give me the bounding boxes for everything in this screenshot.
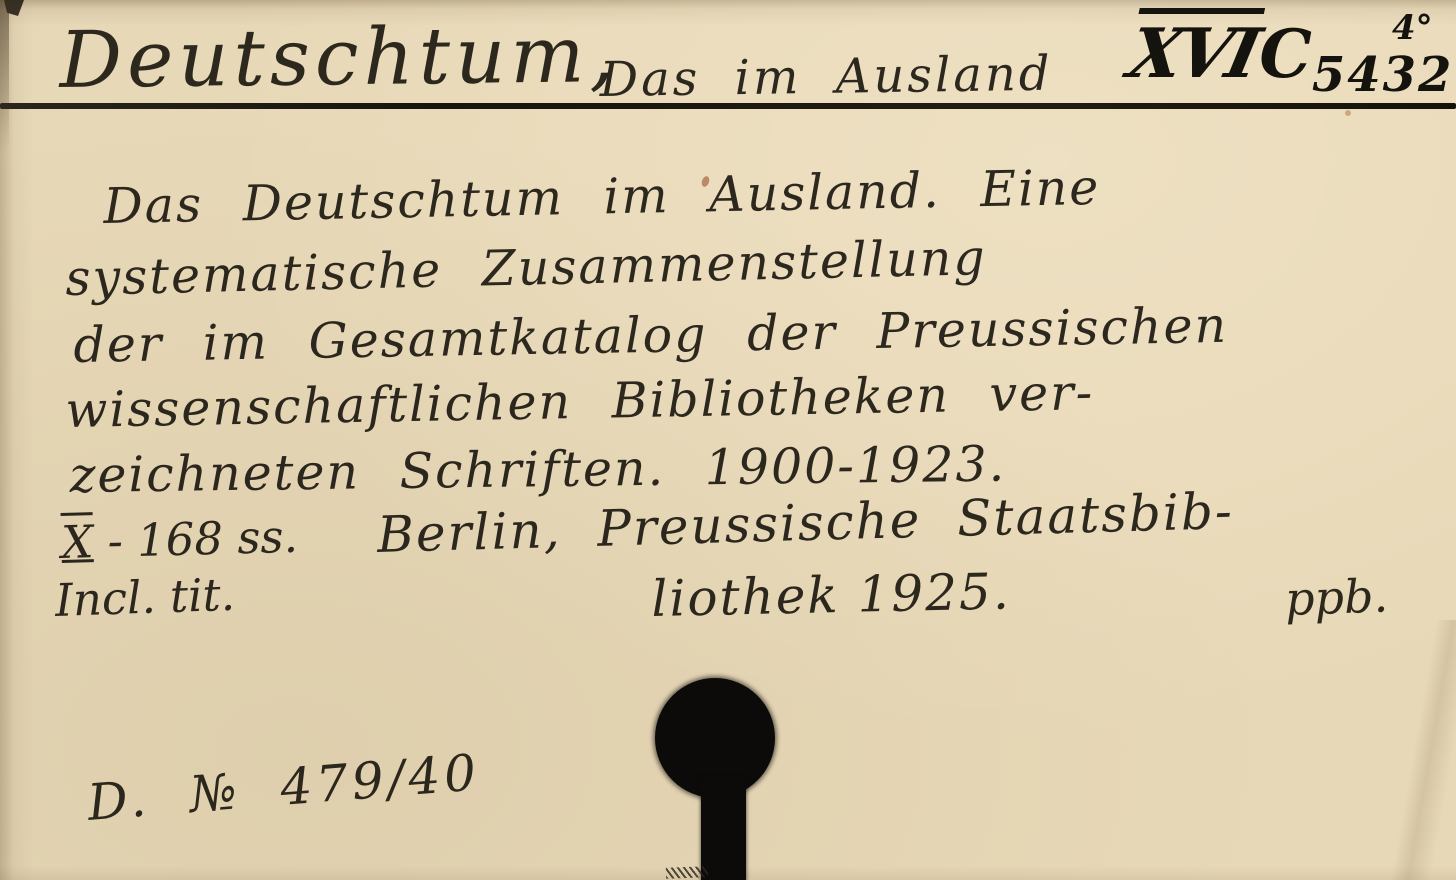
title-line-1: Das Deutschtum im Ausland. Eine xyxy=(103,159,1101,235)
imprint-line-2: liothek 1925. xyxy=(651,562,1011,628)
title-line-3: der im Gesamtkatalog der Preussischen xyxy=(73,297,1228,374)
pagination: X - 168 ss. xyxy=(61,510,299,569)
paper-fleck-small xyxy=(1345,110,1351,116)
ruled-line xyxy=(0,103,1456,109)
collation-note: Incl. tit. xyxy=(54,568,236,627)
shelfmark-number: 5432 xyxy=(1312,47,1454,103)
title-line-2: systematische Zusammenstellung xyxy=(65,229,988,307)
paper-crease xyxy=(1390,620,1456,880)
title-line-4: wissenschaftlichen Bibliotheken ver- xyxy=(65,364,1095,439)
pagination-roman: X xyxy=(61,515,94,569)
scan-edge-shadow xyxy=(0,0,9,150)
catalog-card: Deutschtum, Das im Ausland XVIC5432 4° D… xyxy=(0,0,1456,880)
headword-rest: Das im Ausland xyxy=(599,46,1053,108)
pagination-rest: - 168 ss. xyxy=(93,510,299,568)
headword: Deutschtum, xyxy=(59,10,619,106)
shelfmark-roman-numeral: XVI xyxy=(1121,14,1263,94)
punch-hole-slot xyxy=(701,778,746,880)
binding-note: ppb. xyxy=(1284,568,1389,626)
shelfmark-format: 4° xyxy=(1392,8,1433,48)
shelfmark-class-letter: C xyxy=(1259,15,1312,93)
hatch-mark xyxy=(666,866,708,878)
accession-number: D. № 479/40 xyxy=(85,743,482,832)
